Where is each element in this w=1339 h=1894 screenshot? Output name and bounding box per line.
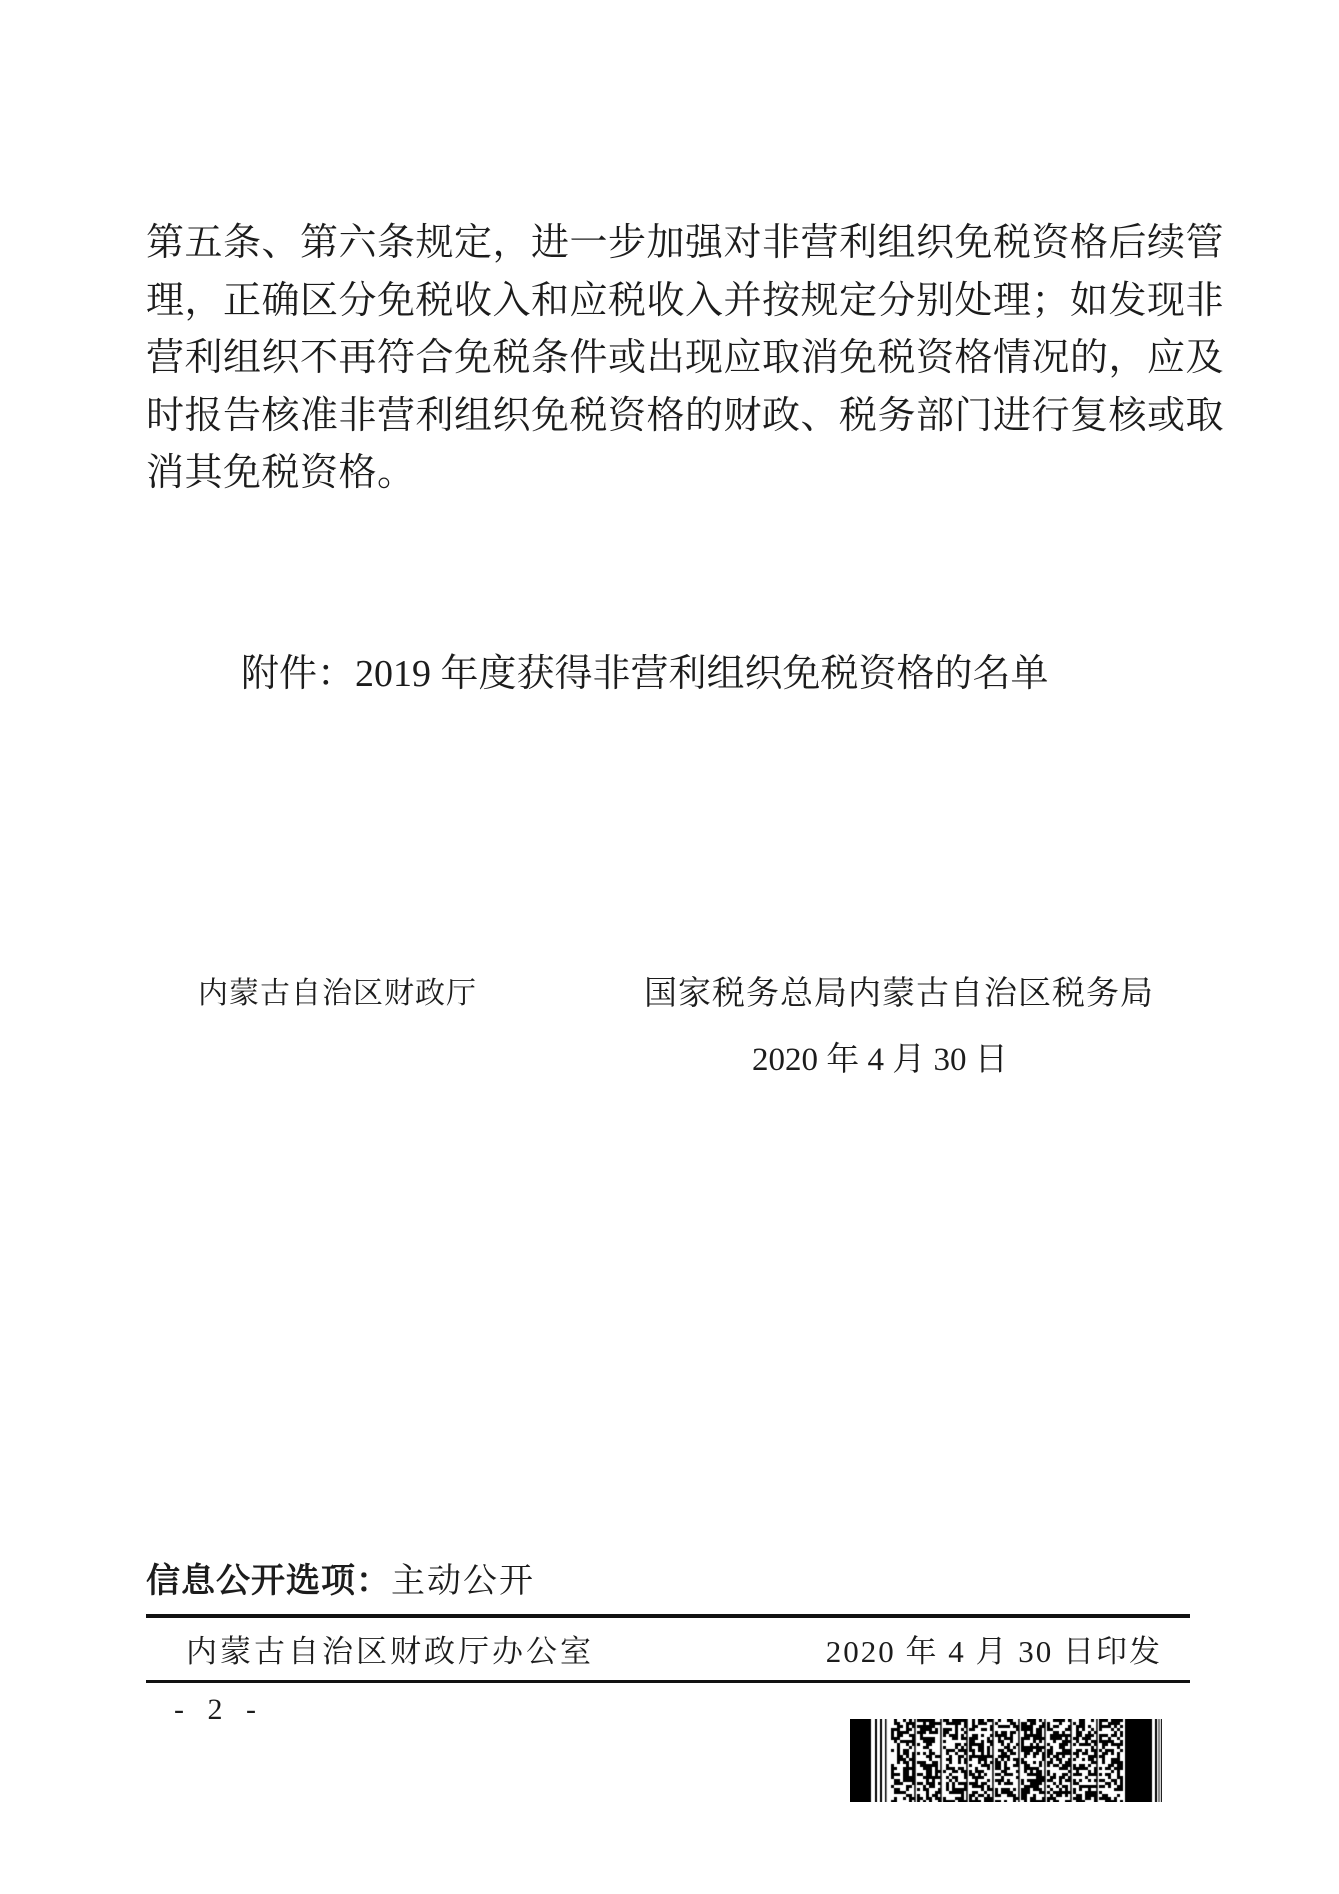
barcode-canvas-icon bbox=[850, 1719, 1162, 1802]
attachment-line: 附件：2019 年度获得非营利组织免税资格的名单 bbox=[146, 650, 1190, 698]
signature-org-tax-bureau: 国家税务总局内蒙古自治区税务局 bbox=[644, 972, 1154, 1016]
disclosure-value: 主动公开 bbox=[391, 1563, 535, 1600]
signature-row: 内蒙古自治区财政厅 国家税务总局内蒙古自治区税务局 bbox=[146, 972, 1190, 1020]
issuing-office-row: 内蒙古自治区财政厅办公室 2020 年 4 月 30 日印发 bbox=[146, 1630, 1190, 1674]
paragraph-line: 理，正确区分免税收入和应税收入并按规定分别处理；如发现非 bbox=[146, 273, 1190, 331]
disclosure-label: 信息公开选项： bbox=[146, 1562, 391, 1600]
footer-divider-bottom bbox=[146, 1680, 1190, 1683]
issuing-office: 内蒙古自治区财政厅办公室 bbox=[186, 1630, 594, 1674]
paragraph-line: 营利组织不再符合免税条件或出现应取消免税资格情况的，应及 bbox=[146, 330, 1190, 388]
paragraph-line: 时报告核准非营利组织免税资格的财政、税务部门进行复核或取 bbox=[146, 388, 1190, 446]
disclosure-line: 信息公开选项：主动公开 bbox=[146, 1560, 1190, 1603]
signature-org-finance-dept: 内蒙古自治区财政厅 bbox=[198, 972, 477, 1016]
footer-divider-top bbox=[146, 1614, 1190, 1618]
paragraph-line: 第五条、第六条规定，进一步加强对非营利组织免税资格后续管 bbox=[146, 215, 1190, 273]
signature-date: 2020 年 4 月 30 日 bbox=[752, 1038, 1008, 1082]
document-barcode bbox=[850, 1719, 1162, 1802]
print-date: 2020 年 4 月 30 日印发 bbox=[826, 1630, 1162, 1674]
paragraph-line: 消其免税资格。 bbox=[146, 445, 1190, 503]
body-paragraph: 第五条、第六条规定，进一步加强对非营利组织免税资格后续管 理，正确区分免税收入和… bbox=[146, 215, 1190, 503]
document-page: 第五条、第六条规定，进一步加强对非营利组织免税资格后续管 理，正确区分免税收入和… bbox=[0, 0, 1339, 1894]
